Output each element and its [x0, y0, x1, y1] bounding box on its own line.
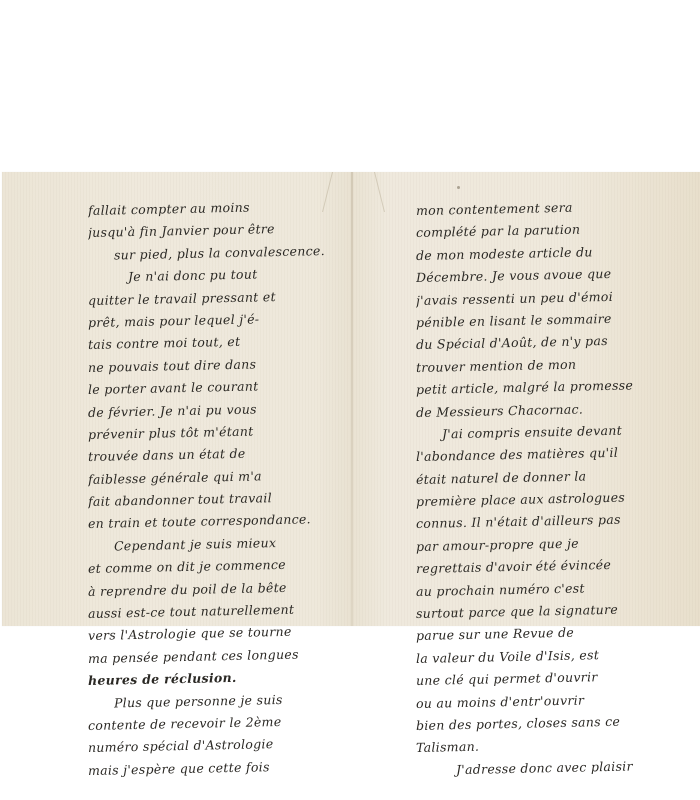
ink-spot [457, 186, 460, 189]
fold-crease-right [374, 172, 385, 212]
page-background: fallait compter au moins jusqu'à fin Jan… [0, 0, 700, 800]
handwritten-line: J'adresse donc avec plaisir [416, 754, 696, 782]
left-page-text: fallait compter au moins jusqu'à fin Jan… [88, 200, 343, 782]
letter-paper: fallait compter au moins jusqu'à fin Jan… [2, 172, 700, 626]
center-fold [351, 172, 353, 626]
handwritten-line: mais j'espère que cette fois [88, 754, 343, 782]
right-page-text: mon contentement sera complété par la pa… [416, 200, 696, 782]
